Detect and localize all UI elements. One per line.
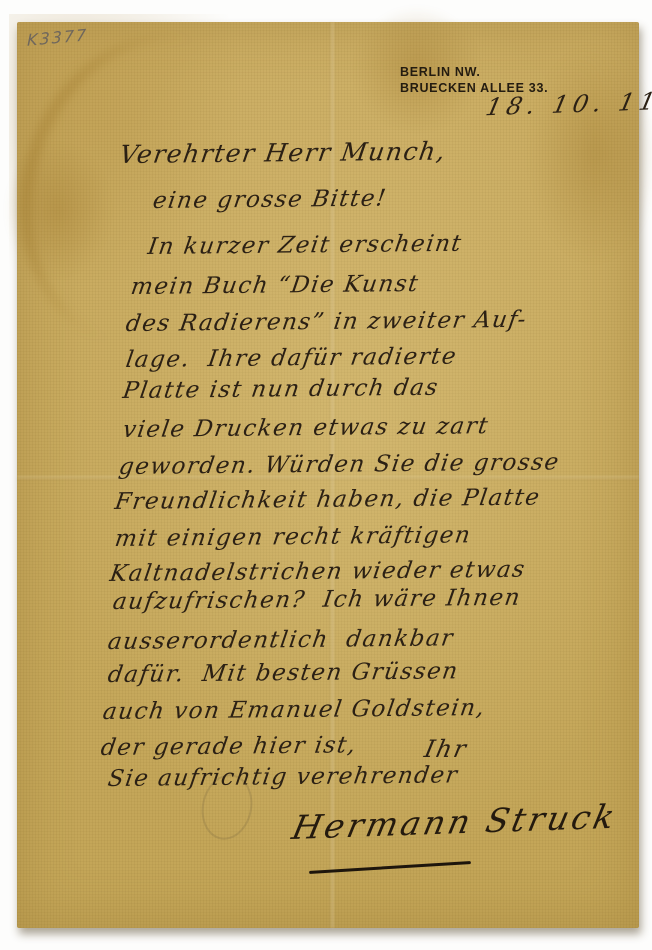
handwriting-line: geworden. Würden Sie die grosse — [117, 449, 561, 480]
handwriting-line: aufzufrischen? Ich wäre Ihnen — [111, 585, 523, 615]
catalog-number: K3377 — [27, 25, 88, 49]
closing-word: Ihr — [422, 735, 470, 763]
stain-left-edge — [3, 140, 113, 280]
handwriting-line: dafür. Mit besten Grüssen — [106, 658, 460, 688]
handwriting-line: des Radierens” in zweiter Auf- — [124, 307, 529, 337]
handwriting-line: In kurzer Zeit erscheint — [146, 231, 464, 260]
handwriting-line-salutation: Verehrter Herr Munch, — [118, 137, 449, 169]
handwriting-line: eine grosse Bitte! — [151, 186, 389, 214]
signature-underline — [309, 861, 471, 874]
handwriting-line: Freundlichkeit haben, die Platte — [113, 485, 542, 515]
handwriting-line: Platte ist nun durch das — [121, 375, 441, 404]
signature: Hermann Struck — [289, 797, 621, 847]
handwriting-line: mein Buch “Die Kunst — [129, 271, 421, 300]
letter-paper: K3377 BERLIN NW. BRUECKEN ALLEE 33. 18. … — [17, 22, 639, 928]
handwritten-date: 18. 10. 11. — [483, 87, 652, 121]
handwriting-line: der gerade hier ist, — [99, 732, 358, 761]
letterhead-city: BERLIN NW. — [400, 64, 548, 80]
handwriting-line: Sie aufrichtig verehrender — [106, 762, 460, 792]
handwriting-line: auch von Emanuel Goldstein, — [101, 695, 487, 725]
handwriting-line: Kaltnadelstrichen wieder etwas — [108, 557, 527, 587]
handwriting-line: ausserordentlich dankbar — [106, 625, 456, 655]
scan-background: K3377 BERLIN NW. BRUECKEN ALLEE 33. 18. … — [0, 0, 652, 950]
handwriting-line: viele Drucken etwas zu zart — [121, 413, 491, 443]
handwriting-line: lage. Ihre dafür radierte — [124, 344, 459, 373]
handwriting-line: mit einigen recht kräftigen — [113, 522, 473, 552]
